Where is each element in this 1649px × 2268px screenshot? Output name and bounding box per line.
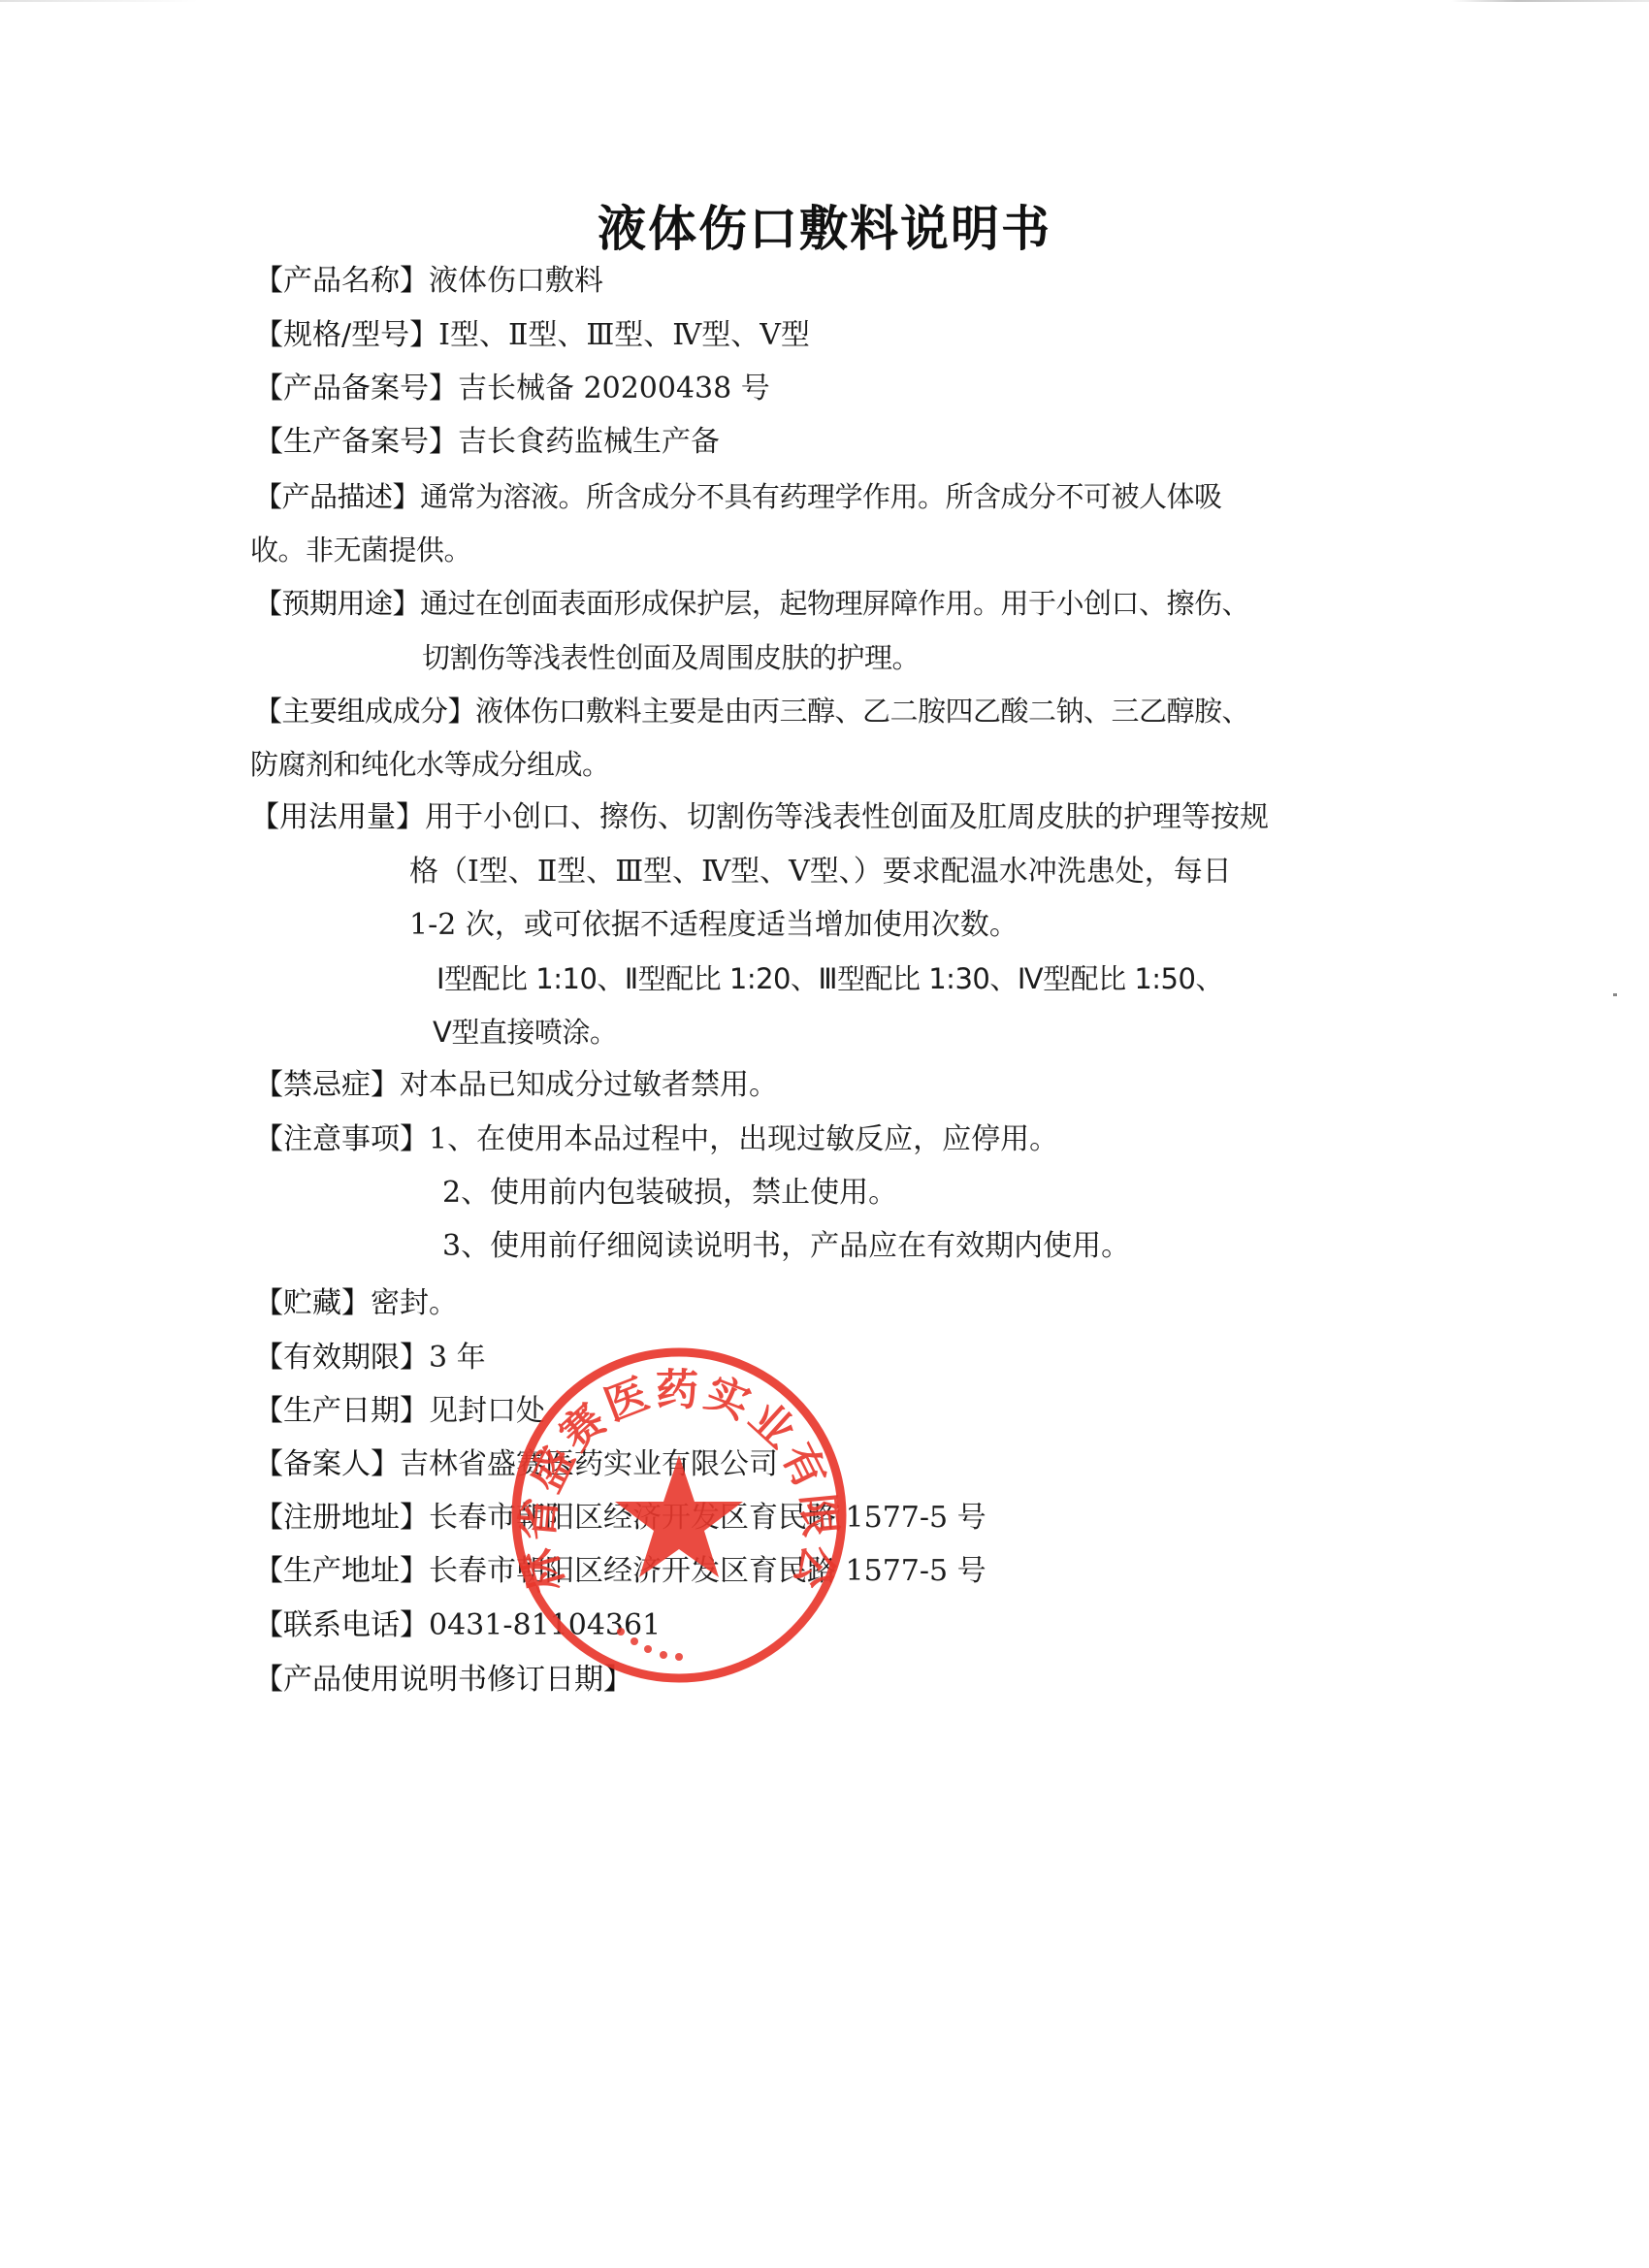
field-storage: 【贮藏】密封。 [254,1284,458,1323]
field-contraindications: 【禁忌症】对本品已知成分过敏者禁用。 [254,1066,778,1105]
field-label: 【产品备案号】 [254,372,458,405]
field-value: 3 年 [429,1341,486,1375]
field-label: 【用法用量】 [250,800,425,834]
field-usage-dosage-cont-2: 1-2 次，或可依据不适程度适当增加使用次数。 [409,906,1018,945]
field-label: 【预期用途】 [254,587,420,620]
field-value: 吉长食药监械生产备 [458,425,720,459]
field-product-name: 【产品名称】液体伤口敷料 [254,262,603,301]
field-shelf-life: 【有效期限】3 年 [254,1339,486,1377]
field-usage-dosage: 【用法用量】用于小创口、擦伤、切割伤等浅表性创面及肛周皮肤的护理等按规 [250,798,1269,837]
field-label: 【禁忌症】 [254,1068,400,1102]
field-precautions-item-2: 2、使用前内包装破损，禁止使用。 [442,1174,897,1213]
field-value: Ⅰ型、Ⅱ型、Ⅲ型、Ⅳ型、Ⅴ型 [438,318,810,352]
field-value: 对本品已知成分过敏者禁用。 [400,1068,778,1102]
seal-icon: 吉林省盛赛医药实业有限公司 [504,1341,854,1690]
field-main-ingredients-cont: 防腐剂和纯化水等成分组成。 [250,745,610,784]
field-product-description: 【产品描述】通常为溶液。所含成分不具有药理学作用。所含成分不可被人体吸 [254,477,1222,516]
company-seal-stamp: 吉林省盛赛医药实业有限公司 [504,1341,854,1690]
field-label: 【主要组成成分】 [254,695,475,728]
field-product-description-cont: 收。非无菌提供。 [250,531,471,569]
field-label: 【注册地址】 [254,1501,429,1535]
field-usage-dosage-ratios: Ⅰ型配比 1:10、Ⅱ型配比 1:20、Ⅲ型配比 1:30、Ⅳ型配比 1:50、 [436,959,1223,998]
field-main-ingredients: 【主要组成成分】液体伤口敷料主要是由丙三醇、乙二胺四乙酸二钠、三乙醇胺、 [254,692,1249,730]
field-value: 1、在使用本品过程中，出现过敏反应，应停用。 [429,1122,1058,1156]
field-value: 密封。 [371,1286,458,1320]
field-label: 【有效期限】 [254,1341,429,1375]
field-value: 通过在创面表面形成保护层，起物理屏障作用。用于小创口、擦伤、 [420,587,1249,620]
field-label: 【产品名称】 [254,264,429,298]
field-production-date: 【生产日期】见封口处 [254,1392,545,1431]
field-precautions-item-3: 3、使用前仔细阅读说明书，产品应在有效期内使用。 [442,1227,1130,1266]
field-label: 【注意事项】 [254,1122,429,1156]
field-spec-model: 【规格/型号】Ⅰ型、Ⅱ型、Ⅲ型、Ⅳ型、Ⅴ型 [254,316,810,355]
field-usage-dosage-ratios-cont: Ⅴ型直接喷涂。 [433,1013,617,1052]
field-value: 用于小创口、擦伤、切割伤等浅表性创面及肛周皮肤的护理等按规 [425,800,1269,834]
field-value: 液体伤口敷料 [429,264,603,298]
scan-edge [0,0,1649,2]
field-value: 吉长械备 20200438 号 [458,372,770,405]
field-value: 通常为溶液。所含成分不具有药理学作用。所含成分不可被人体吸 [420,480,1222,513]
field-label: 【规格/型号】 [254,318,438,352]
field-label: 【生产日期】 [254,1394,429,1428]
field-production-filing-no: 【生产备案号】吉长食药监械生产备 [254,423,720,462]
field-precautions: 【注意事项】1、在使用本品过程中，出现过敏反应，应停用。 [254,1120,1058,1159]
scan-speck [1613,993,1617,996]
field-label: 【备案人】 [254,1447,400,1481]
field-label: 【生产备案号】 [254,425,458,459]
field-intended-use-cont: 切割伤等浅表性创面及周围皮肤的护理。 [422,638,920,677]
field-usage-dosage-cont-1: 格（Ⅰ型、Ⅱ型、Ⅲ型、Ⅳ型、Ⅴ型、）要求配温水冲洗患处，每日 [409,853,1232,891]
document-title: 液体伤口敷料说明书 [0,190,1649,260]
field-label: 【联系电话】 [254,1608,429,1642]
field-label: 【贮藏】 [254,1286,371,1320]
field-product-filing-no: 【产品备案号】吉长械备 20200438 号 [254,370,770,408]
field-intended-use: 【预期用途】通过在创面表面形成保护层，起物理屏障作用。用于小创口、擦伤、 [254,584,1249,623]
field-label: 【生产地址】 [254,1554,429,1588]
field-value: 液体伤口敷料主要是由丙三醇、乙二胺四乙酸二钠、三乙醇胺、 [475,695,1249,728]
field-label: 【产品描述】 [254,480,420,513]
